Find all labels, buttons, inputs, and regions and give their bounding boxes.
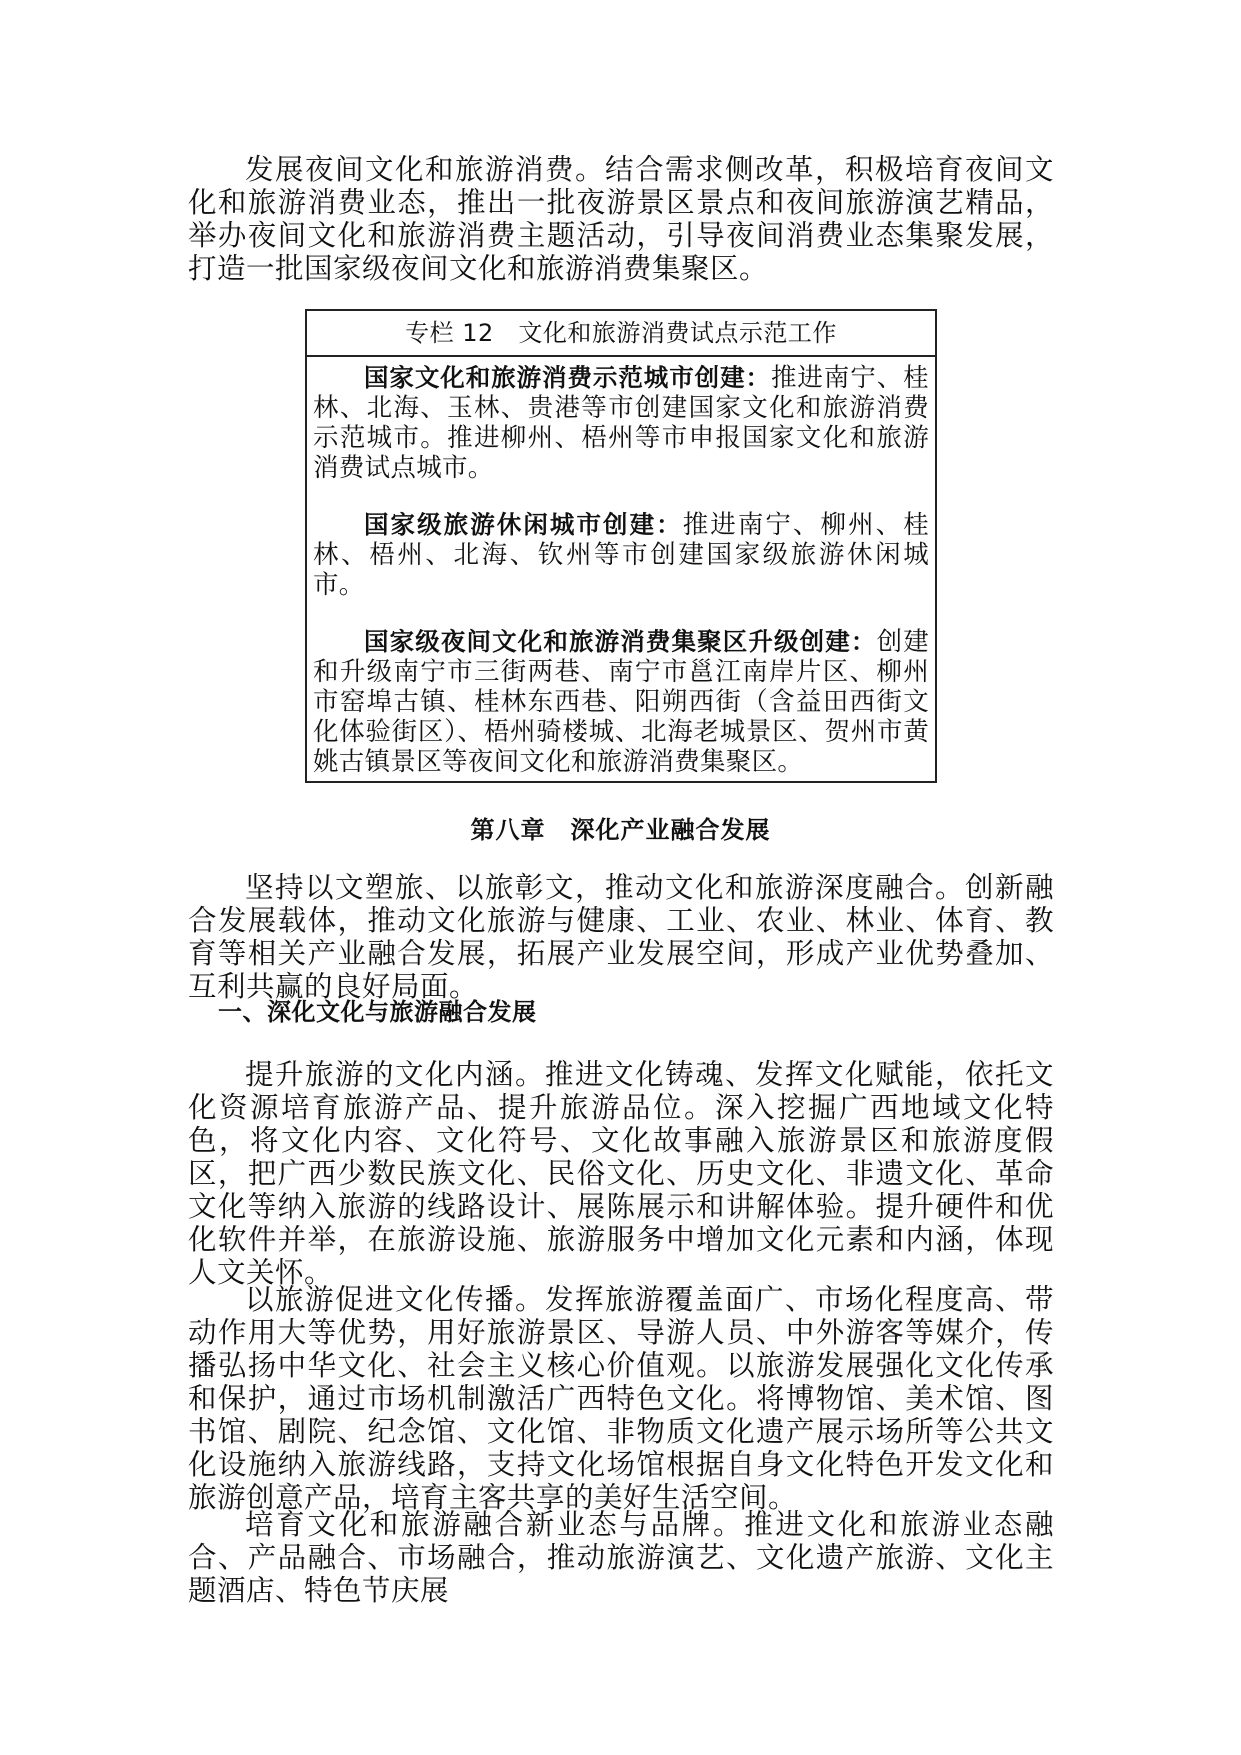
column-item-heading: 国家级旅游休闲城市创建： xyxy=(364,510,683,539)
chapter-heading: 第八章 深化产业融合发展 xyxy=(0,812,1241,848)
paragraph-chapter-intro: 坚持以文塑旅、以旅彰文，推动文化和旅游深度融合。创新融合发展载体，推动文化旅游与… xyxy=(188,871,1054,1003)
column-box-12: 专栏 12 文化和旅游消费试点示范工作 国家文化和旅游消费示范城市创建：推进南宁… xyxy=(305,309,937,783)
column-box-body: 国家文化和旅游消费示范城市创建：推进南宁、桂林、北海、玉林、贵港等市创建国家文化… xyxy=(307,357,935,777)
column-box-title: 专栏 12 文化和旅游消费试点示范工作 xyxy=(307,311,935,357)
paragraph-new-formats: 培育文化和旅游融合新业态与品牌。推进文化和旅游业态融合、产品融合、市场融合，推动… xyxy=(188,1508,1054,1607)
paragraph-cultural-dissemination: 以旅游促进文化传播。发挥旅游覆盖面广、市场化程度高、带动作用大等优势，用好旅游景… xyxy=(188,1283,1054,1514)
column-item-leisure-city: 国家级旅游休闲城市创建：推进南宁、柳州、桂林、梧州、北海、钦州等市创建国家级旅游… xyxy=(313,510,929,600)
column-item-heading: 国家文化和旅游消费示范城市创建： xyxy=(364,363,771,392)
column-item-demo-city: 国家文化和旅游消费示范城市创建：推进南宁、桂林、北海、玉林、贵港等市创建国家文化… xyxy=(313,363,929,483)
column-item-night-cluster: 国家级夜间文化和旅游消费集聚区升级创建：创建和升级南宁市三街两巷、南宁市邕江南岸… xyxy=(313,627,929,777)
paragraph-cultural-connotation: 提升旅游的文化内涵。推进文化铸魂、发挥文化赋能，依托文化资源培育旅游产品、提升旅… xyxy=(188,1058,1054,1289)
paragraph-night-consumption: 发展夜间文化和旅游消费。结合需求侧改革，积极培育夜间文化和旅游消费业态，推出一批… xyxy=(188,153,1054,285)
column-item-heading: 国家级夜间文化和旅游消费集聚区升级创建： xyxy=(364,627,877,656)
section-heading: 一、深化文化与旅游融合发展 xyxy=(218,994,537,1030)
